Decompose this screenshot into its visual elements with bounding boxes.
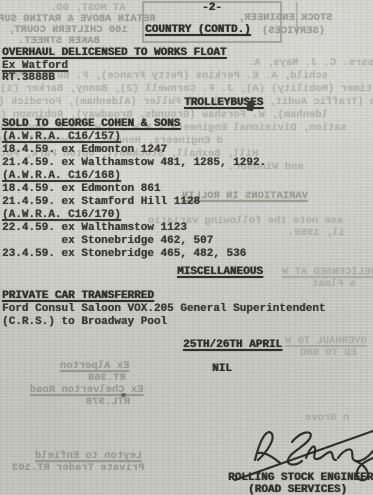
ink-speck bbox=[121, 393, 126, 397]
private-car-heading: PRIVATE CAR TRANSFERRED bbox=[2, 290, 154, 303]
trolleybus-entry: 22.4.59. ex Walthamstow 1123 bbox=[2, 222, 187, 235]
bleedthrough-text: RT.368 bbox=[88, 372, 126, 384]
bleedthrough-text: STOCK ENGINEER, bbox=[238, 12, 333, 24]
april-nil-value: NIL bbox=[212, 363, 232, 376]
miscellaneous-heading: MISCELLANEOUS bbox=[177, 266, 263, 279]
awra-reference: (A.W.R.A. C16/168) bbox=[2, 170, 121, 183]
signoff-subtitle: (ROAD SERVICES) bbox=[248, 484, 347, 495]
april-heading: 25TH/26TH APRIL bbox=[183, 339, 282, 352]
overhaul-vehicle: RT.3888B bbox=[2, 72, 55, 85]
trolleybus-entry: 18.4.59. ex Edmonton 1247 bbox=[2, 144, 167, 157]
bleedthrough-text: BAKER STREET. bbox=[18, 35, 100, 47]
bleedthrough-heading: DELICENSED AT W bbox=[282, 266, 373, 278]
trolleybus-entry: ex Stonebridge 462, 507 bbox=[2, 235, 213, 248]
bleedthrough-text: (SERVICES) bbox=[262, 25, 325, 37]
bleedthrough-text: Messrs. C. J. Mays, A. bbox=[248, 57, 373, 69]
bleedthrough-text: Private Trader RT.103 bbox=[12, 462, 144, 474]
bleedthrough-heading: OVERHAUL TO W bbox=[285, 335, 367, 347]
bleedthrough-heading: Leyton to Enfield bbox=[35, 450, 142, 462]
private-car-detail: Ford Consul Saloon VOX.205 General Super… bbox=[2, 303, 325, 316]
country-section-heading: COUNTRY (CONTD.) bbox=[145, 24, 251, 37]
bleedthrough-text: ED TO GRO bbox=[300, 347, 357, 359]
bleedthrough-heading: VARIATIONS IN ROLLIN bbox=[182, 190, 308, 202]
overhaul-heading: OVERHAUL DELICENSED TO WORKS FLOAT bbox=[2, 47, 226, 60]
bleedthrough-heading: Ex Chelverton Road bbox=[30, 384, 143, 396]
bleedthrough-text: timer (Mobility) (A), J. F. Cornwell (2)… bbox=[0, 83, 372, 95]
sold-to-heading: SOLD TO GEORGE COHEN & SONS bbox=[2, 118, 180, 131]
page-number: -2- bbox=[202, 2, 222, 15]
private-car-detail: (C.R.S.) to Broadway Pool bbox=[2, 316, 167, 329]
trolleybus-entry: 21.4.59. ex Stamford Hill 1128 bbox=[2, 196, 200, 209]
bleedthrough-text: il, 1959. bbox=[288, 227, 345, 239]
awra-reference: (A.W.R.A. C16/170) bbox=[2, 209, 121, 222]
scanned-document-page: AT MOST, GO. RETAIN ABOVE & RATING SUP 1… bbox=[0, 0, 373, 495]
bleedthrough-text: s Float bbox=[312, 278, 356, 290]
trolleybus-entry: 18.4.59. ex Edmonton 861 bbox=[2, 183, 160, 196]
trolleybus-entry: 21.4.59. ex Walthamstow 481, 1285, 1292. bbox=[2, 157, 266, 170]
bleedthrough-heading: Ex Alperton bbox=[60, 360, 129, 372]
trolleybus-entry: 23.4.59. ex Stonebridge 465, 482, 536 bbox=[2, 248, 246, 261]
bleedthrough-text: RTL.978 bbox=[86, 396, 130, 408]
awra-reference: (A.W.R.A. C16/157) bbox=[2, 131, 121, 144]
